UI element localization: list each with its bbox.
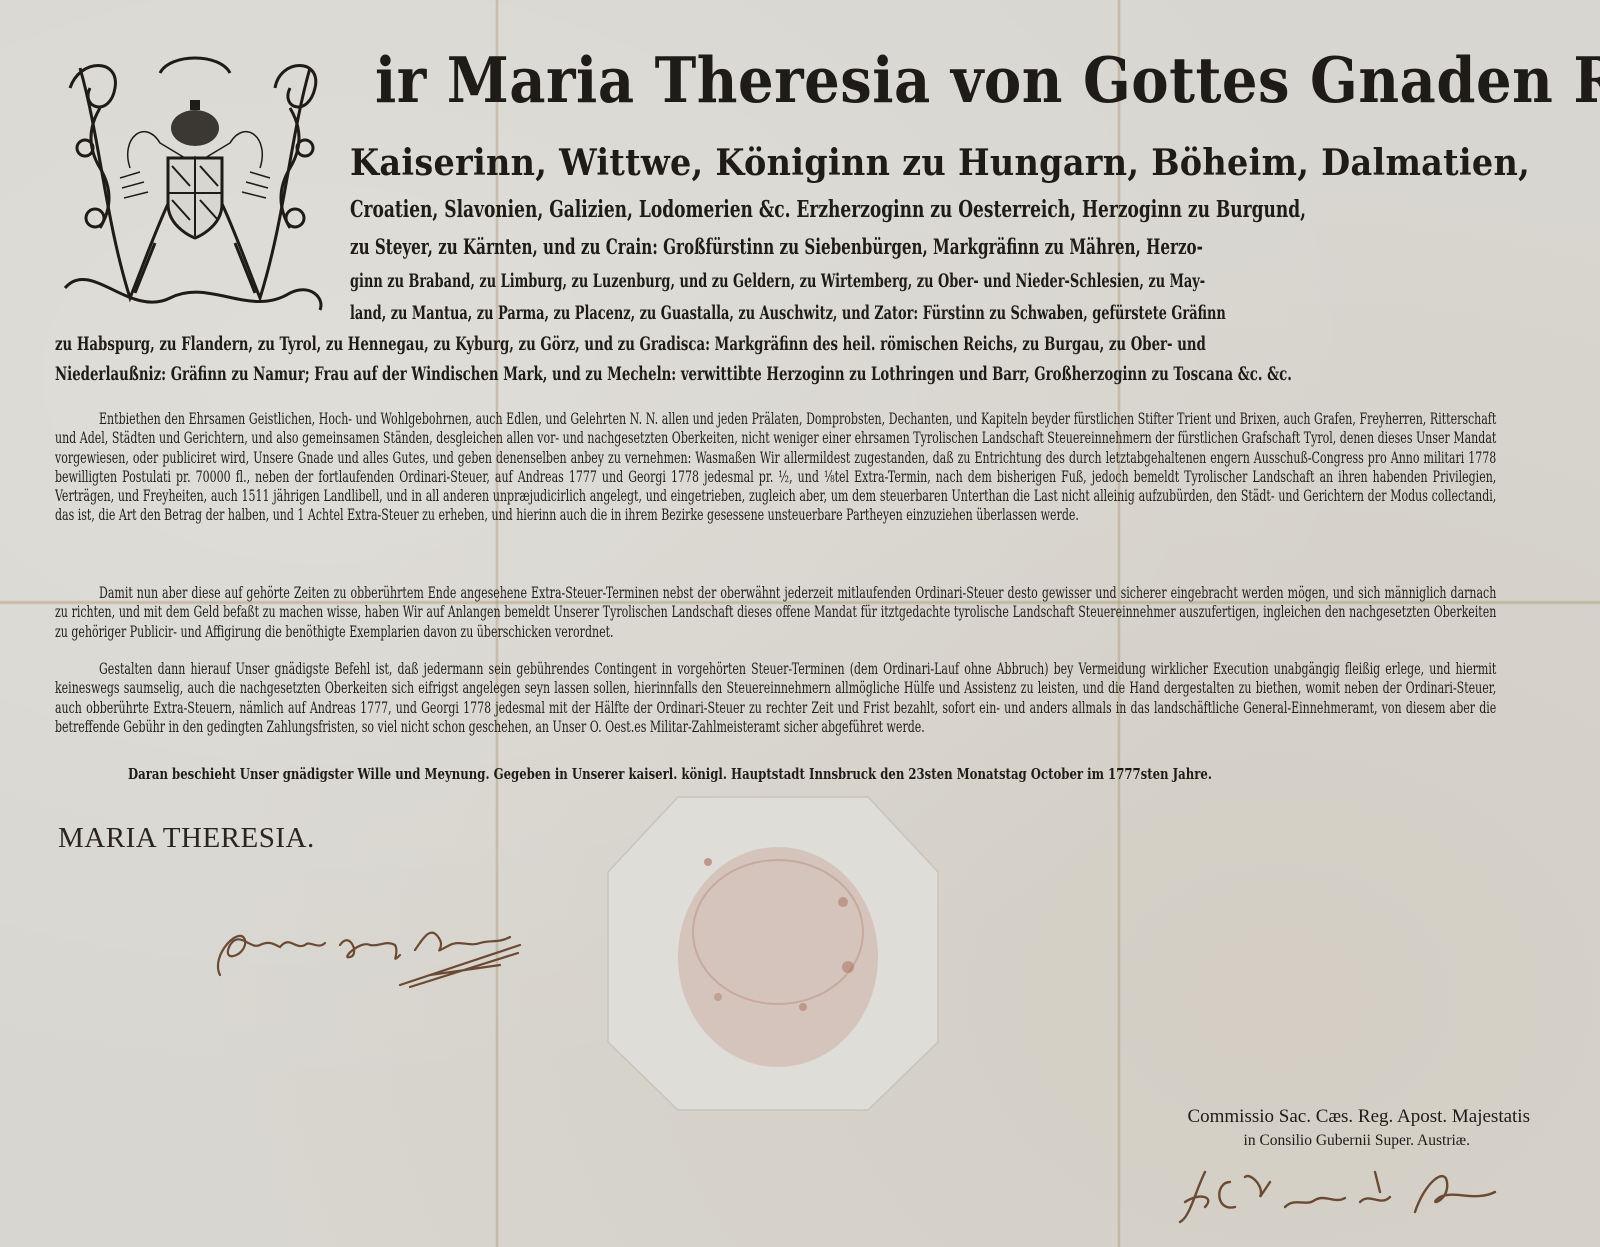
coat-of-arms-initial-icon bbox=[60, 48, 330, 320]
commission-block: Commissio Sac. Cæs. Reg. Apost. Majestat… bbox=[1187, 1106, 1530, 1150]
closing-formula: Daran beschieht Unser gnädigster Wille u… bbox=[128, 765, 1212, 783]
mandate-document: ir Maria Theresia von Gottes Gnaden Röm.… bbox=[0, 0, 1600, 1247]
commission-line-1: Commissio Sac. Cæs. Reg. Apost. Majestat… bbox=[1187, 1106, 1530, 1128]
commission-line-2: in Consilio Gubernii Super. Austriæ. bbox=[1187, 1132, 1470, 1150]
title-line-6: zu Habspurg, zu Flandern, zu Tyrol, zu H… bbox=[55, 333, 1206, 355]
paragraph-text: Entbiethen den Ehrsamen Geistlichen, Hoc… bbox=[55, 410, 1496, 524]
paragraph-text: Gestalten dann hierauf Unser gnädigste B… bbox=[55, 660, 1496, 736]
title-line-3: zu Steyer, zu Kärnten, und zu Crain: Gro… bbox=[350, 234, 1203, 259]
body-paragraph-3: Gestalten dann hierauf Unser gnädigste B… bbox=[55, 660, 1496, 737]
handwritten-signature-left-icon bbox=[200, 915, 530, 995]
title-line-4: ginn zu Braband, zu Limburg, zu Luzenbur… bbox=[350, 270, 1205, 292]
title-line-5: land, zu Mantua, zu Parma, zu Placenz, z… bbox=[350, 302, 1226, 324]
title-line-1: Kaiserinn, Wittwe, Königinn zu Hungarn, … bbox=[350, 142, 1530, 184]
handwritten-signature-right-icon bbox=[1175, 1162, 1515, 1232]
sovereign-name: MARIA THERESIA. bbox=[58, 822, 315, 855]
body-paragraph-2: Damit nun aber diese auf gehörte Zeiten … bbox=[55, 584, 1496, 642]
document-title: ir Maria Theresia von Gottes Gnaden Röm. bbox=[375, 44, 1525, 118]
paper-seal-icon bbox=[598, 792, 948, 1112]
body-paragraph-1: Entbiethen den Ehrsamen Geistlichen, Hoc… bbox=[55, 410, 1496, 526]
title-line-7: Niederlaußniz: Gräfinn zu Namur; Frau au… bbox=[55, 363, 1292, 385]
paragraph-text: Damit nun aber diese auf gehörte Zeiten … bbox=[55, 584, 1496, 641]
title-line-2: Croatien, Slavonien, Galizien, Lodomerie… bbox=[350, 196, 1306, 223]
